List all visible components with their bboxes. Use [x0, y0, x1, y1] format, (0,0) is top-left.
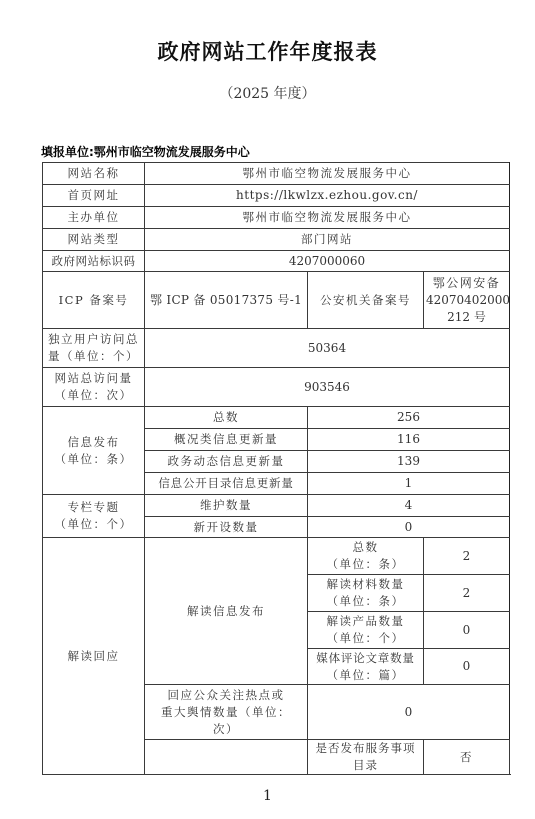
row-icp: ICP 备案号 鄂 ICP 备 05017375 号-1 公安机关备案号 鄂公网…: [43, 272, 510, 329]
interp-products-label: 解读产品数量 （单位：个）: [308, 612, 424, 649]
interp-media-label: 媒体评论文章数量 （单位：篇）: [308, 649, 424, 685]
report-year: （2025 年度）: [0, 83, 535, 103]
interp-materials-label: 解读材料数量 （单位：条）: [308, 575, 424, 612]
police-record-line2: 42070402000: [426, 292, 507, 309]
columns-maintained-label: 维护数量: [145, 495, 308, 517]
interp-media-value: 0: [424, 649, 510, 685]
site-type-label: 网站类型: [43, 229, 145, 251]
interp-products-label-line1: 解读产品数量: [310, 613, 421, 630]
hotspot-value: 0: [308, 685, 510, 740]
row-site-id-code: 政府网站标识码 4207000060: [43, 251, 510, 272]
page-number: 1: [0, 788, 535, 804]
page-title: 政府网站工作年度报表: [0, 36, 535, 66]
columns-new-value: 0: [308, 517, 510, 538]
police-record-value: 鄂公网安备 42070402000 212 号: [424, 272, 510, 329]
overview-updates-value: 116: [308, 429, 510, 451]
site-type-value: 部门网站: [145, 229, 510, 251]
special-columns-label-line2: （单位：个）: [45, 516, 142, 533]
total-visits-value: 903546: [145, 368, 510, 407]
interp-products-value: 0: [424, 612, 510, 649]
total-visits-label-line1: 网站总访问量: [45, 370, 142, 387]
total-visits-label-line2: （单位：次）: [45, 387, 142, 404]
police-record-line3: 212 号: [426, 309, 507, 326]
interp-media-label-line2: （单位：篇）: [310, 667, 421, 684]
interp-products-label-line2: （单位：个）: [310, 630, 421, 647]
interp-media-label-line1: 媒体评论文章数量: [310, 650, 421, 667]
icp-label: ICP 备案号: [43, 272, 145, 329]
news-updates-value: 139: [308, 451, 510, 473]
homepage-url-value: https://lkwlzx.ezhou.gov.cn/: [145, 185, 510, 207]
interp-materials-label-line2: （单位：条）: [310, 593, 421, 610]
row-interp-total: 解读回应 解读信息发布 总数 （单位：条） 2: [43, 538, 510, 575]
overview-updates-label: 概况类信息更新量: [145, 429, 308, 451]
columns-new-label: 新开设数量: [145, 517, 308, 538]
special-columns-label: 专栏专题 （单位：个）: [43, 495, 145, 538]
police-record-label: 公安机关备案号: [308, 272, 424, 329]
service-catalog-label: 是否发布服务事项目录: [308, 740, 424, 775]
site-name-value: 鄂州市临空物流发展服务中心: [145, 163, 510, 185]
row-host-unit: 主办单位 鄂州市临空物流发展服务中心: [43, 207, 510, 229]
service-catalog-value: 否: [424, 740, 510, 775]
hotspot-label-line2: 重大舆情数量（单位：: [147, 704, 305, 721]
annual-report-table: 网站名称 鄂州市临空物流发展服务中心 首页网址 https://lkwlzx.e…: [42, 162, 510, 775]
interp-materials-value: 2: [424, 575, 510, 612]
row-unique-visitors: 独立用户访问总 量（单位：个） 50364: [43, 329, 510, 368]
homepage-url-label: 首页网址: [43, 185, 145, 207]
total-visits-label: 网站总访问量 （单位：次）: [43, 368, 145, 407]
row-total-visits: 网站总访问量 （单位：次） 903546: [43, 368, 510, 407]
unique-visitors-label-line1: 独立用户访问总: [45, 331, 142, 348]
interp-total-label: 总数 （单位：条）: [308, 538, 424, 575]
interp-total-value: 2: [424, 538, 510, 575]
info-total-value: 256: [308, 407, 510, 429]
row-homepage-url: 首页网址 https://lkwlzx.ezhou.gov.cn/: [43, 185, 510, 207]
hotspot-label: 回应公众关注热点或 重大舆情数量（单位： 次）: [145, 685, 308, 740]
info-publish-label: 信息发布 （单位：条）: [43, 407, 145, 495]
interp-materials-label-line1: 解读材料数量: [310, 576, 421, 593]
info-publish-label-line1: 信息发布: [45, 434, 142, 451]
row-columns-maintained: 专栏专题 （单位：个） 维护数量 4: [43, 495, 510, 517]
filer-unit: 填报单位:鄂州市临空物流发展服务中心: [41, 143, 250, 160]
hotspot-label-line3: 次）: [147, 721, 305, 738]
unique-visitors-label-line2: 量（单位：个）: [45, 348, 142, 365]
interpretation-publish-label: 解读信息发布: [145, 538, 308, 685]
info-total-label: 总数: [145, 407, 308, 429]
disclosure-updates-label: 信息公开目录信息更新量: [145, 473, 308, 495]
columns-maintained-value: 4: [308, 495, 510, 517]
icp-value: 鄂 ICP 备 05017375 号-1: [145, 272, 308, 329]
host-unit-value: 鄂州市临空物流发展服务中心: [145, 207, 510, 229]
special-columns-label-line1: 专栏专题: [45, 499, 142, 516]
row-info-total: 信息发布 （单位：条） 总数 256: [43, 407, 510, 429]
news-updates-label: 政务动态信息更新量: [145, 451, 308, 473]
unique-visitors-label: 独立用户访问总 量（单位：个）: [43, 329, 145, 368]
info-publish-label-line2: （单位：条）: [45, 451, 142, 468]
site-id-code-value: 4207000060: [145, 251, 510, 272]
police-record-line1: 鄂公网安备: [426, 275, 507, 292]
site-id-code-label: 政府网站标识码: [43, 251, 145, 272]
host-unit-label: 主办单位: [43, 207, 145, 229]
unique-visitors-value: 50364: [145, 329, 510, 368]
hotspot-label-line1: 回应公众关注热点或: [147, 687, 305, 704]
row-site-type: 网站类型 部门网站: [43, 229, 510, 251]
disclosure-updates-value: 1: [308, 473, 510, 495]
row-site-name: 网站名称 鄂州市临空物流发展服务中心: [43, 163, 510, 185]
interpretation-label: 解读回应: [43, 538, 145, 775]
service-catalog-empty-cell: [145, 740, 308, 775]
interp-total-label-line2: （单位：条）: [310, 556, 421, 573]
interp-total-label-line1: 总数: [310, 539, 421, 556]
site-name-label: 网站名称: [43, 163, 145, 185]
